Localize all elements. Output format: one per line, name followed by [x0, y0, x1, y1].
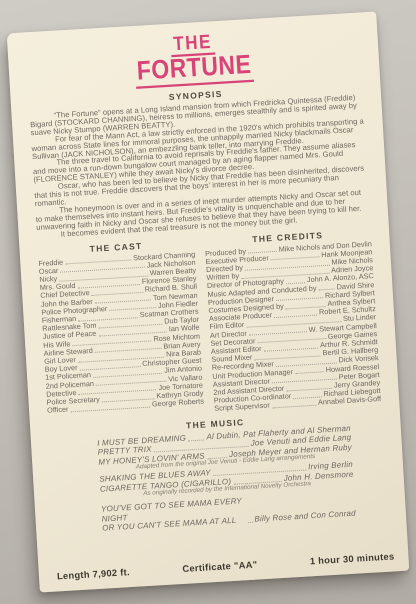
title-line-fortune: FORTUNE — [134, 51, 254, 89]
cast-list: Freddie Stockard Channing Oscar Jack Nic… — [38, 250, 204, 415]
footer-length: Length 7,902 ft. — [57, 567, 130, 581]
cast-column: THE CAST Freddie Stockard Channing Oscar — [37, 233, 204, 423]
credit-name: Annabel Davis-Goff — [318, 395, 382, 407]
cast-actor: George Roberts — [152, 398, 204, 409]
footer-runtime: 1 hour 30 minutes — [310, 551, 395, 566]
footer-strip: Length 7,902 ft. Certificate "AA" 1 hour… — [57, 551, 395, 581]
credits-list: Produced by Mike Nichols and Don Devlin … — [205, 240, 381, 414]
photo-background: THE FORTUNE SYNOPSIS “The Fortune” opens… — [0, 0, 416, 604]
credits-column: THE CREDITS Produced by Mike Nichols and… — [204, 223, 381, 414]
dotted-leader — [272, 405, 316, 409]
press-sheet: THE FORTUNE SYNOPSIS “The Fortune” opens… — [7, 12, 410, 593]
footer-certificate: Certificate "AA" — [182, 560, 258, 574]
music-list: I MUST BE DREAMING Al Dubin, Pat Flahert… — [97, 423, 356, 533]
song-composer: Billy Rose and Con Conrad — [254, 509, 356, 525]
cast-credits-columns: THE CAST Freddie Stockard Channing Oscar — [37, 223, 381, 424]
song-title-block: YOU'VE GOT TO SEE MAMA EVERY NIGHT OR YO… — [101, 496, 246, 533]
credit-role: Script Supervisor — [214, 402, 270, 413]
dotted-leader — [71, 406, 151, 412]
synopsis-text: “The Fortune” opens at a Long Island man… — [29, 93, 370, 239]
dotted-leader — [248, 522, 253, 523]
cast-role: Officer — [47, 406, 69, 415]
